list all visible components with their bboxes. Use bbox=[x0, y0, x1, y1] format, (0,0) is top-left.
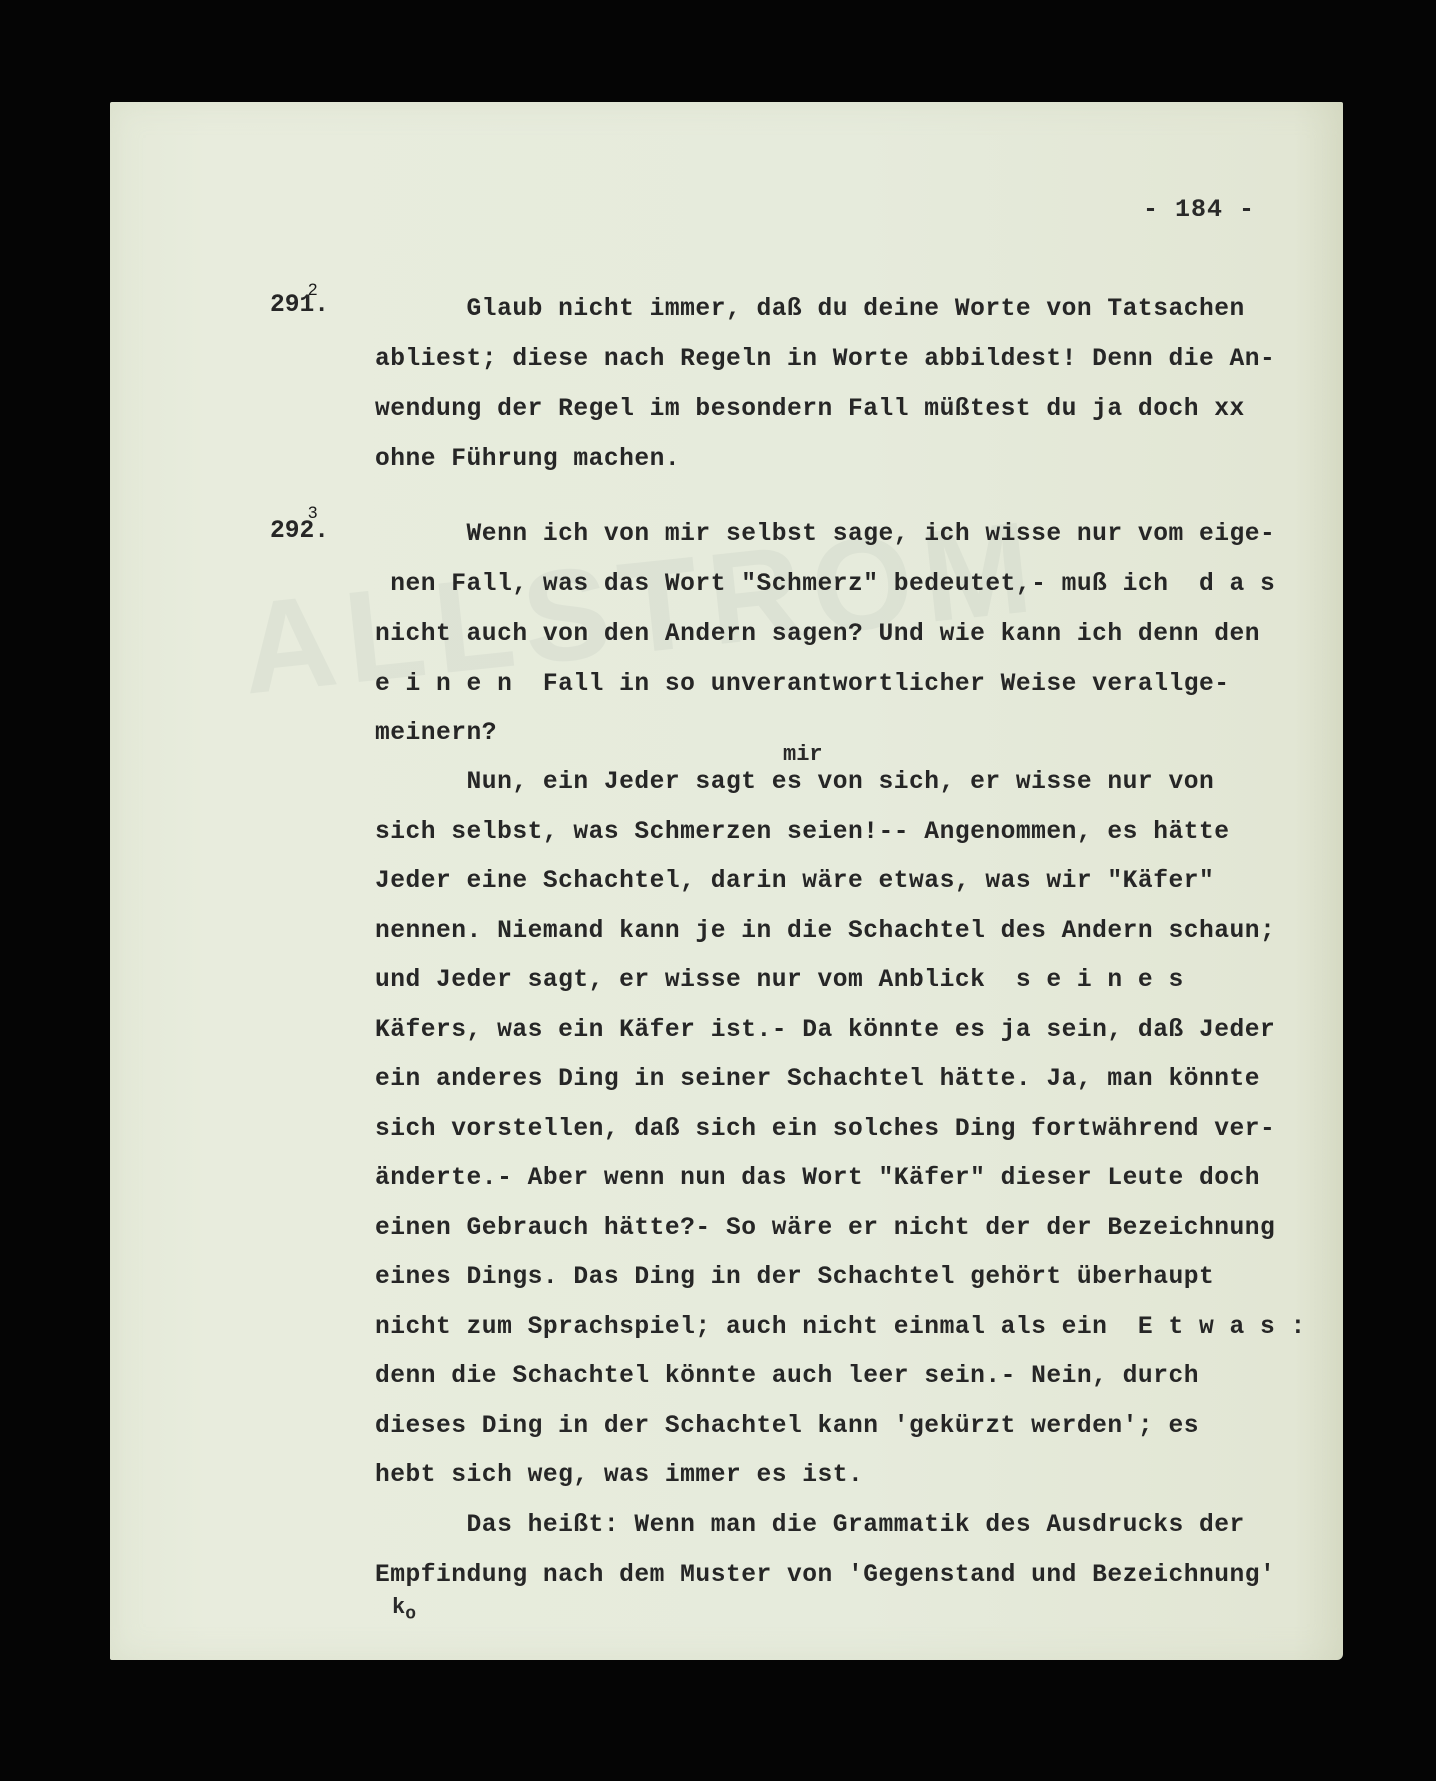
text-line: wendung der Regel im besondern Fall müßt… bbox=[375, 396, 1245, 423]
text-line: Jeder eine Schachtel, darin wäre etwas, … bbox=[375, 868, 1214, 895]
text-line: sich selbst, was Schmerzen seien!-- Ange… bbox=[375, 819, 1230, 846]
text-line: Käfers, was ein Käfer ist.- Da könnte es… bbox=[375, 1017, 1275, 1044]
text-line: sich vorstellen, daß sich ein solches Di… bbox=[375, 1116, 1275, 1143]
text-line: ein anderes Ding in seiner Schachtel hät… bbox=[375, 1066, 1260, 1093]
text-line: ohne Führung machen. bbox=[375, 446, 680, 473]
section-number-291: 291. bbox=[270, 292, 329, 319]
text-line: meinern? bbox=[375, 720, 497, 747]
text-line: nicht auch von den Andern sagen? Und wie… bbox=[375, 621, 1260, 648]
text-line: denn die Schachtel könnte auch leer sein… bbox=[375, 1363, 1199, 1390]
text-line: Das heißt: Wenn man die Grammatik des Au… bbox=[375, 1512, 1245, 1539]
text-line: änderte.- Aber wenn nun das Wort "Käfer"… bbox=[375, 1165, 1260, 1192]
text-line: abliest; diese nach Regeln in Worte abbi… bbox=[375, 346, 1275, 373]
text-line: einen Gebrauch hätte?- So wäre er nicht … bbox=[375, 1215, 1275, 1242]
text-line: Empfindung nach dem Muster von 'Gegensta… bbox=[375, 1562, 1275, 1589]
footer-mark-sub: o bbox=[405, 1604, 416, 1624]
text-line: nennen. Niemand kann je in die Schachtel… bbox=[375, 918, 1275, 945]
text-line: nen Fall, was das Wort "Schmerz" bedeute… bbox=[375, 571, 1275, 598]
footer-mark-k: k bbox=[392, 1595, 405, 1620]
text-line: Wenn ich von mir selbst sage, ich wisse … bbox=[375, 521, 1275, 548]
interlinear-insertion: mir bbox=[783, 742, 823, 767]
text-line: dieses Ding in der Schachtel kann 'gekür… bbox=[375, 1413, 1199, 1440]
text-line: hebt sich weg, was immer es ist. bbox=[375, 1462, 863, 1489]
text-line: eines Dings. Das Ding in der Schachtel g… bbox=[375, 1264, 1214, 1291]
handwritten-correction: 3 bbox=[308, 503, 317, 523]
page-number: - 184 - bbox=[1143, 195, 1255, 224]
text-line: nicht zum Sprachspiel; auch nicht einmal… bbox=[375, 1314, 1306, 1341]
text-line: e i n e n Fall in so unverantwortlicher … bbox=[375, 671, 1230, 698]
footer-mark: ko bbox=[392, 1595, 416, 1624]
text-line: Nun, ein Jeder sagt es von sich, er wiss… bbox=[375, 769, 1214, 796]
text-line: Glaub nicht immer, daß du deine Worte vo… bbox=[375, 296, 1245, 323]
handwritten-correction: 2 bbox=[308, 280, 317, 300]
section-number-292: 292. bbox=[270, 518, 329, 545]
text-line: und Jeder sagt, er wisse nur vom Anblick… bbox=[375, 967, 1184, 994]
